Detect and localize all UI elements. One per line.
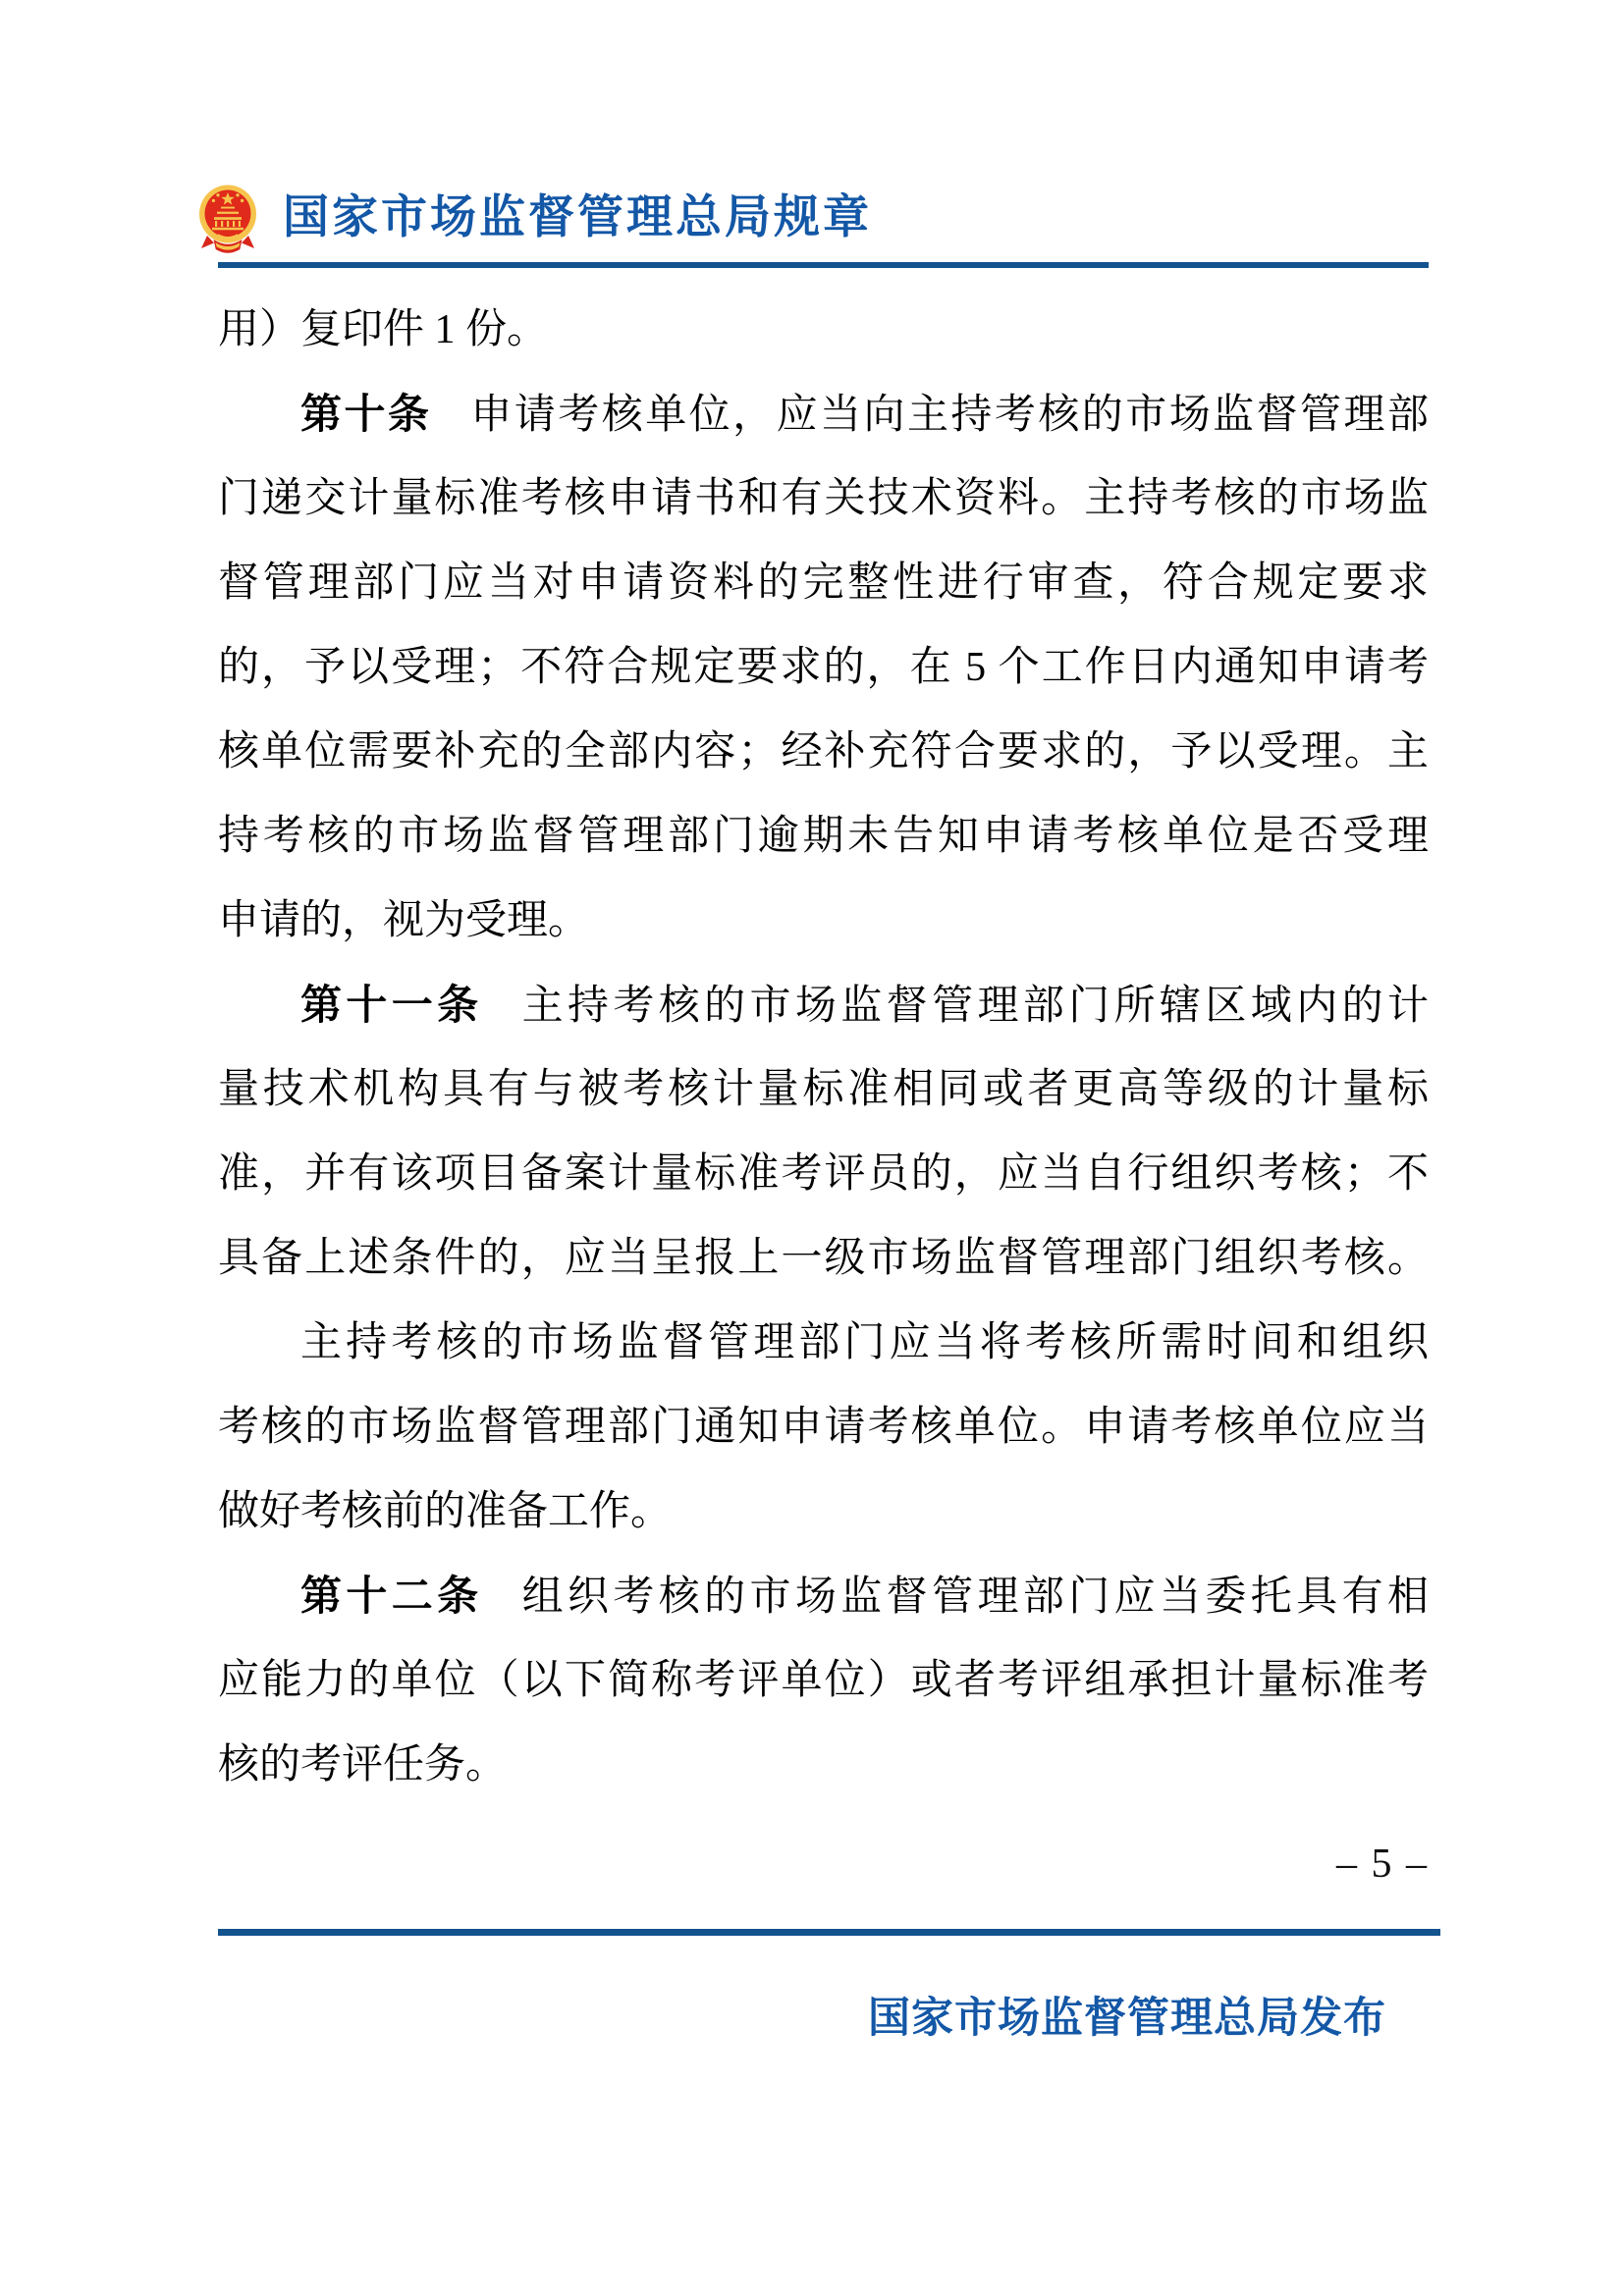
line-text: 做好考核前的准备工作。 bbox=[218, 1489, 672, 1534]
body-line: 的，予以受理；不符合规定要求的，在 5 个工作日内通知申请考 bbox=[218, 625, 1429, 710]
body-line: 考核的市场监督管理部门通知申请考核单位。申请考核单位应当 bbox=[218, 1385, 1429, 1469]
article-number: 第十条 bbox=[300, 391, 431, 437]
header-divider bbox=[218, 262, 1429, 268]
line-text: 门递交计量标准考核申请书和有关技术资料。主持考核的市场监 bbox=[218, 476, 1429, 521]
body-line: 门递交计量标准考核申请书和有关技术资料。主持考核的市场监 bbox=[218, 456, 1429, 541]
article-number: 第十一条 bbox=[300, 982, 483, 1028]
body-line: 第十条申请考核单位，应当向主持考核的市场监督管理部 bbox=[218, 372, 1429, 456]
document-header-title: 国家市场监督管理总局规章 bbox=[283, 185, 872, 249]
body-line: 第十二条组织考核的市场监督管理部门应当委托具有相 bbox=[218, 1554, 1429, 1638]
page-number: – 5 – bbox=[1336, 1840, 1429, 1889]
body-line: 量技术机构具有与被考核计量标准相同或者更高等级的计量标 bbox=[218, 1047, 1429, 1132]
line-text: 准，并有该项目备案计量标准考评员的，应当自行组织考核；不 bbox=[218, 1151, 1429, 1197]
line-text: 申请考核单位，应当向主持考核的市场监督管理部 bbox=[470, 393, 1429, 438]
footer-divider bbox=[218, 1929, 1440, 1936]
line-text: 持考核的市场监督管理部门逾期未告知申请考核单位是否受理 bbox=[218, 814, 1429, 859]
body-line: 用）复印件 1 份。 bbox=[218, 288, 1429, 372]
line-text: 主持考核的市场监督管理部门所辖区域内的计 bbox=[522, 984, 1429, 1029]
line-text: 量技术机构具有与被考核计量标准相同或者更高等级的计量标 bbox=[218, 1067, 1429, 1112]
body-line: 核的考评任务。 bbox=[218, 1723, 1429, 1807]
body-line: 持考核的市场监督管理部门逾期未告知申请考核单位是否受理 bbox=[218, 794, 1429, 879]
national-emblem-icon bbox=[197, 185, 258, 257]
body-line: 第十一条主持考核的市场监督管理部门所辖区域内的计 bbox=[218, 963, 1429, 1047]
article-number: 第十二条 bbox=[300, 1573, 483, 1619]
line-text: 考核的市场监督管理部门通知申请考核单位。申请考核单位应当 bbox=[218, 1405, 1429, 1450]
body-line: 督管理部门应当对申请资料的完整性进行审查，符合规定要求 bbox=[218, 541, 1429, 625]
document-page: 国家市场监督管理总局规章 用）复印件 1 份。 第十条申请考核单位，应当向主持考… bbox=[0, 0, 1624, 2296]
body-line: 做好考核前的准备工作。 bbox=[218, 1469, 1429, 1554]
line-text: 核的考评任务。 bbox=[218, 1742, 507, 1788]
line-text: 应能力的单位（以下简称考评单位）或者考评组承担计量标准考 bbox=[218, 1658, 1429, 1703]
publisher-line: 国家市场监督管理总局发布 bbox=[868, 1991, 1386, 2046]
line-text: 用）复印件 1 份。 bbox=[218, 307, 548, 352]
national-emblem-logo bbox=[197, 185, 258, 257]
document-body: 用）复印件 1 份。 第十条申请考核单位，应当向主持考核的市场监督管理部 门递交… bbox=[218, 288, 1429, 1807]
line-text: 主持考核的市场监督管理部门应当将考核所需时间和组织 bbox=[300, 1320, 1429, 1365]
line-text: 督管理部门应当对申请资料的完整性进行审查，符合规定要求 bbox=[218, 561, 1429, 606]
body-line: 主持考核的市场监督管理部门应当将考核所需时间和组织 bbox=[218, 1301, 1429, 1385]
line-text: 核单位需要补充的全部内容；经补充符合要求的，予以受理。主 bbox=[218, 729, 1429, 774]
line-text: 具备上述条件的，应当呈报上一级市场监督管理部门组织考核。 bbox=[218, 1236, 1429, 1281]
line-text: 组织考核的市场监督管理部门应当委托具有相 bbox=[522, 1575, 1429, 1620]
body-line: 应能力的单位（以下简称考评单位）或者考评组承担计量标准考 bbox=[218, 1638, 1429, 1723]
body-line: 核单位需要补充的全部内容；经补充符合要求的，予以受理。主 bbox=[218, 710, 1429, 794]
body-line: 具备上述条件的，应当呈报上一级市场监督管理部门组织考核。 bbox=[218, 1216, 1429, 1301]
line-text: 申请的，视为受理。 bbox=[218, 898, 589, 943]
body-line: 申请的，视为受理。 bbox=[218, 879, 1429, 963]
body-line: 准，并有该项目备案计量标准考评员的，应当自行组织考核；不 bbox=[218, 1132, 1429, 1216]
line-text: 的，予以受理；不符合规定要求的，在 5 个工作日内通知申请考 bbox=[218, 645, 1429, 690]
